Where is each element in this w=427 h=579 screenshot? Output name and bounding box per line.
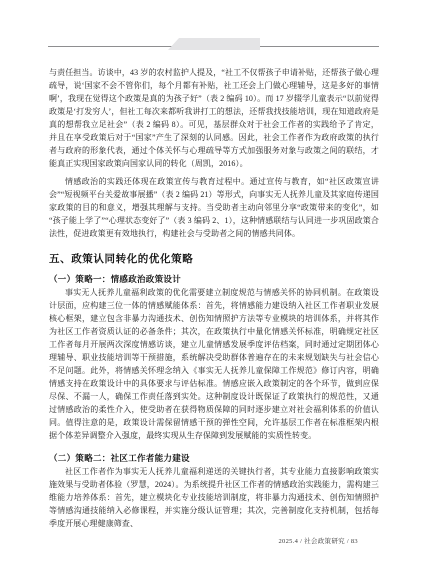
paragraph-continuation: 与责任担当。访谈中，43 岁的农村监护人提及，“社工不仅帮孩子申请补贴，还帮孩子…: [49, 66, 379, 170]
page-footer-text: 2025.4 / 社会政策研究 / 83: [279, 538, 359, 545]
subsection-heading-strategy1: （一）策略一：情感政治政策设计: [49, 273, 379, 286]
paragraph-policy-publicity: 情感政治的实践还体现在政策宣传与教育过程中。通过宣传与教育，如“社区政策宣讲会”…: [49, 175, 379, 240]
subsection-heading-strategy2: （二）策略二：社区工作者能力建设: [49, 452, 379, 465]
paragraph-strategy2: 社区工作者作为事实无人抚养儿童福利递送的关键执行者，其专业能力直接影响政策实施效…: [49, 465, 379, 530]
article-body: 与责任担当。访谈中，43 岁的农村监护人提及，“社工不仅帮孩子申请补贴，还帮孩子…: [49, 66, 379, 535]
header-decoration-parallelogram: [168, 38, 260, 50]
page-footer: 2025.4 / 社会政策研究 / 83: [279, 538, 359, 546]
journal-page: 与责任担当。访谈中，43 岁的农村监护人提及，“社工不仅帮孩子申请补贴，还帮孩子…: [0, 0, 427, 579]
paragraph-strategy1: 事实无人抚养儿童福利政策的优化需要建立制度规范与情感关怀的协同机制。在政策设计层…: [49, 286, 379, 442]
section-heading: 五、政策认同转化的优化策略: [49, 252, 379, 267]
